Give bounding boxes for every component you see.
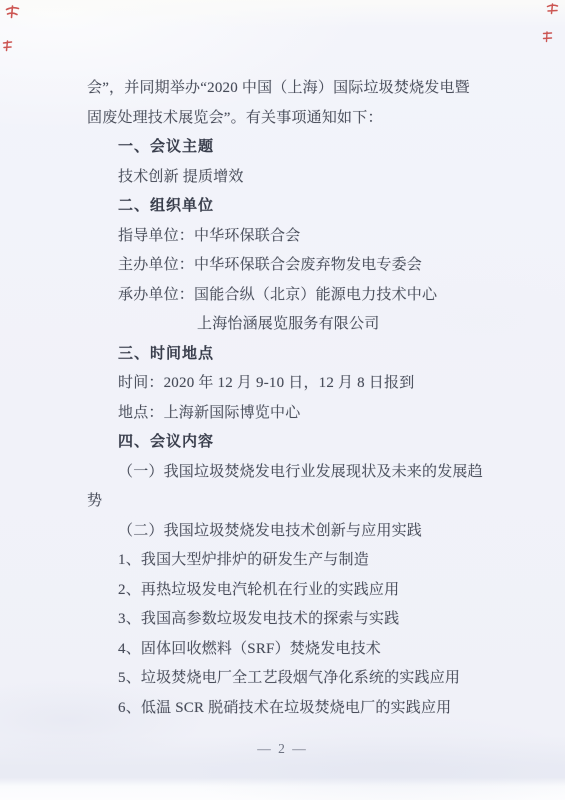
section-heading: 二、组织单位	[87, 192, 491, 222]
list-item: 5、垃圾焚烧电厂全工艺段烟气净化系统的实践应用	[87, 664, 491, 694]
red-scan-mark-icon	[546, 3, 559, 15]
red-scan-mark-icon	[542, 31, 553, 43]
doc-line: 上海怡涵展览服务有限公司	[87, 310, 491, 340]
red-scan-mark-icon	[5, 5, 20, 19]
list-item: 6、低温 SCR 脱硝技术在垃圾焚烧电厂的实践应用	[87, 694, 491, 724]
doc-line: 主办单位：中华环保联合会废弃物发电专委会	[87, 251, 491, 281]
list-item: 4、固体回收燃料（SRF）焚烧发电技术	[87, 635, 491, 665]
doc-line: 固废处理技术展览会”。有关事项通知如下：	[87, 104, 491, 134]
red-scan-mark-icon	[2, 40, 13, 52]
doc-line: 技术创新 提质增效	[87, 163, 491, 193]
doc-line: 会”，并同期举办“2020 中国（上海）国际垃圾焚烧发电暨	[87, 74, 491, 104]
document-body: 会”，并同期举办“2020 中国（上海）国际垃圾焚烧发电暨 固废处理技术展览会”…	[87, 74, 491, 723]
page-number: — 2 —	[0, 741, 565, 757]
doc-line: 承办单位：国能合纵（北京）能源电力技术中心	[87, 281, 491, 311]
list-item: 3、我国高参数垃圾发电技术的探索与实践	[87, 605, 491, 635]
scanned-page: 会”，并同期举办“2020 中国（上海）国际垃圾焚烧发电暨 固废处理技术展览会”…	[0, 0, 565, 800]
doc-line: （二）我国垃圾焚烧发电技术创新与应用实践	[87, 517, 491, 547]
section-heading: 一、会议主题	[87, 133, 491, 163]
section-heading: 三、时间地点	[87, 340, 491, 370]
doc-line: （一）我国垃圾焚烧发电行业发展现状及未来的发展趋	[87, 458, 491, 488]
list-item: 1、我国大型炉排炉的研发生产与制造	[87, 546, 491, 576]
doc-line: 地点：上海新国际博览中心	[87, 399, 491, 429]
list-item: 2、再热垃圾发电汽轮机在行业的实践应用	[87, 576, 491, 606]
section-heading: 四、会议内容	[87, 428, 491, 458]
doc-line: 指导单位：中华环保联合会	[87, 222, 491, 252]
doc-line: 势	[87, 487, 491, 517]
doc-line: 时间：2020 年 12 月 9-10 日，12 月 8 日报到	[87, 369, 491, 399]
